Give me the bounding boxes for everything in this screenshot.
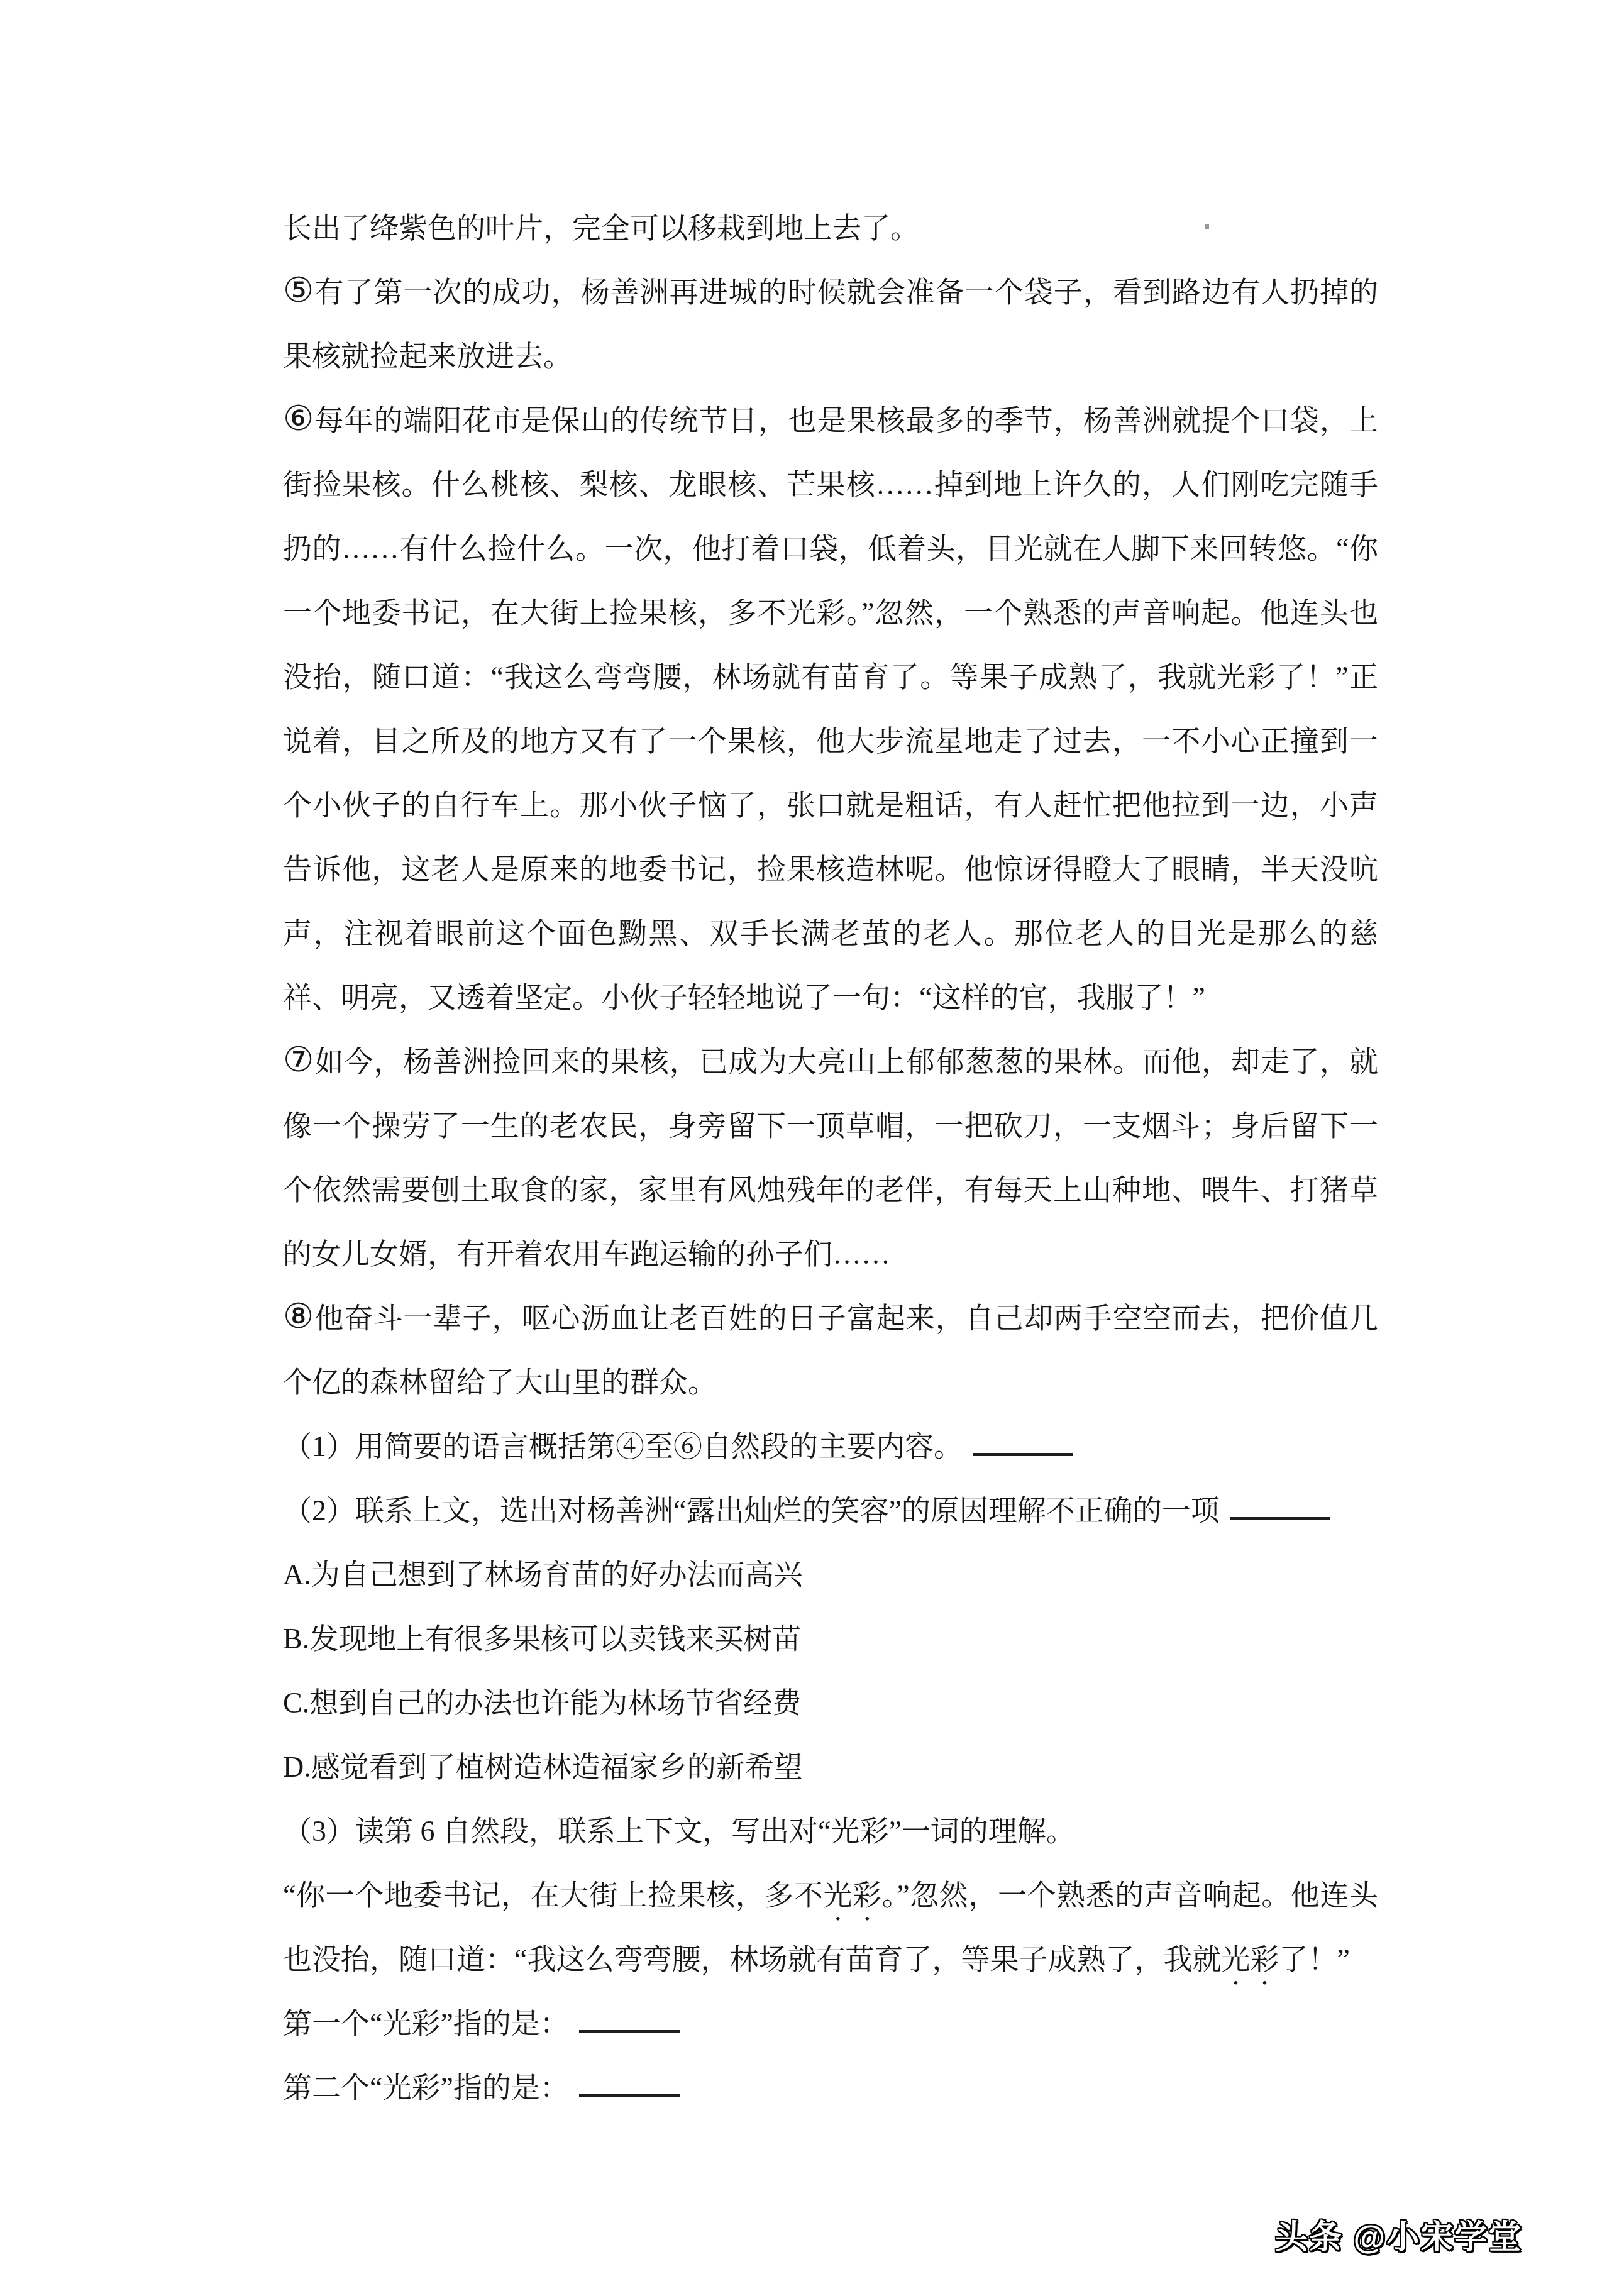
text-run: 如今，杨善洲捡回来的果核，已成为大亮山上郁郁葱葱的果林。而他，却走了，就像一个操…	[283, 1046, 1378, 1270]
text-run: 了！”	[1279, 1943, 1349, 1975]
option-d: D.感觉看到了植树造林造福家乡的新希望	[283, 1735, 1378, 1799]
answer-blank	[973, 1432, 1073, 1456]
passage-para-7: ⑦如今，杨善洲捡回来的果核，已成为大亮山上郁郁葱葱的果林。而他，却走了，就像一个…	[283, 1030, 1378, 1286]
text-run: （3）读第 6 自然段，联系上下文，写出对“光彩”一词的理解。	[283, 1815, 1075, 1847]
text-run: 每年的端阳花市是保山的传统节日，也是果核最多的季节，杨善洲就提个口袋，上街捡果核…	[283, 404, 1378, 1013]
emphasized-word: 光彩	[824, 1879, 882, 1911]
text-run: （2）联系上文，选出对杨善洲“露出灿烂的笑容”的原因理解不正确的一项	[283, 1494, 1220, 1526]
emphasized-word: 光彩	[1221, 1943, 1279, 1975]
answer-blank	[1230, 1496, 1330, 1520]
text-run: A.为自己想到了林场育苗的好办法而高兴	[283, 1559, 803, 1591]
passage-para-5: ⑤有了第一次的成功，杨善洲再进城的时候就会准备一个袋子，看到路边有人扔掉的果核就…	[283, 260, 1378, 389]
option-b: B.发现地上有很多果核可以卖钱来买树苗	[283, 1607, 1378, 1671]
passage-para-4-continuation: 长出了绛紫色的叶片，完全可以移栽到地上去了。	[283, 196, 1378, 260]
circled-paragraph-number: ⑤	[283, 271, 315, 309]
answer-blank	[579, 2073, 680, 2097]
circled-paragraph-number: ⑧	[283, 1297, 315, 1335]
text-run: 他奋斗一辈子，呕心沥血让老百姓的日子富起来，自己却两手空空而去，把价值几个亿的森…	[283, 1302, 1378, 1398]
text-run: 有了第一次的成功，杨善洲再进城的时候就会准备一个袋子，看到路边有人扔掉的果核就捡…	[283, 276, 1378, 372]
passage-para-6: ⑥每年的端阳花市是保山的传统节日，也是果核最多的季节，杨善洲就提个口袋，上街捡果…	[283, 389, 1378, 1030]
fill-second-guangcai: 第二个“光彩”指的是：	[283, 2056, 1378, 2120]
text-run: 长出了绛紫色的叶片，完全可以移栽到地上去了。	[283, 212, 919, 244]
answer-blank	[579, 2009, 680, 2033]
text-run: D.感觉看到了植树造林造福家乡的新希望	[283, 1751, 803, 1783]
text-run: B.发现地上有很多果核可以卖钱来买树苗	[283, 1623, 801, 1655]
fill-first-guangcai: 第一个“光彩”指的是：	[283, 1992, 1378, 2056]
passage-para-8: ⑧他奋斗一辈子，呕心沥血让老百姓的日子富起来，自己却两手空空而去，把价值几个亿的…	[283, 1286, 1378, 1415]
question-3: （3）读第 6 自然段，联系上下文，写出对“光彩”一词的理解。	[283, 1799, 1378, 1863]
text-run: C.想到自己的办法也许能为林场节省经费	[283, 1687, 801, 1719]
option-c: C.想到自己的办法也许能为林场节省经费	[283, 1671, 1378, 1735]
option-a: A.为自己想到了林场育苗的好办法而高兴	[283, 1543, 1378, 1607]
text-run: （1）用简要的语言概括第④至⑥自然段的主要内容。	[283, 1430, 963, 1462]
scan-artifact-dot	[1205, 224, 1209, 229]
watermark-text: 头条 @小宋学堂	[1275, 2219, 1522, 2256]
question-2: （2）联系上文，选出对杨善洲“露出灿烂的笑容”的原因理解不正确的一项	[283, 1479, 1378, 1543]
circled-paragraph-number: ⑦	[283, 1040, 315, 1079]
watermark: 头条 @小宋学堂	[1275, 2210, 1522, 2258]
circled-paragraph-number: ⑥	[283, 399, 315, 438]
passage-body: 长出了绛紫色的叶片，完全可以移栽到地上去了。 ⑤有了第一次的成功，杨善洲再进城的…	[283, 196, 1378, 2120]
quoted-passage: “你一个地委书记，在大街上捡果核，多不光彩。”忽然，一个熟悉的声音响起。他连头也…	[283, 1863, 1378, 1992]
text-run: 第一个“光彩”指的是：	[283, 2007, 569, 2039]
document-page: 长出了绛紫色的叶片，完全可以移栽到地上去了。 ⑤有了第一次的成功，杨善洲再进城的…	[0, 0, 1624, 2296]
text-run: “你一个地委书记，在大街上捡果核，多不	[283, 1879, 824, 1911]
question-1: （1）用简要的语言概括第④至⑥自然段的主要内容。	[283, 1415, 1378, 1479]
text-run: 第二个“光彩”指的是：	[283, 2072, 569, 2104]
